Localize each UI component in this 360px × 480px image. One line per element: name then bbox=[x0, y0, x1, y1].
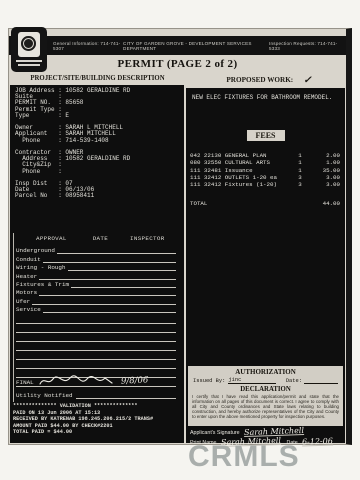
permit-page-title: PERMIT (PAGE 2 of 2) bbox=[9, 58, 346, 70]
approval-rows: Underground Conduit Wiring - Rough Heate… bbox=[16, 246, 176, 313]
approval-row: Motors bbox=[16, 288, 176, 296]
fee-total-row: TOTAL 44.00 bbox=[190, 200, 340, 207]
approval-row: Ufer bbox=[16, 296, 176, 304]
fee-qty: 1 bbox=[292, 159, 308, 166]
fee-amount: 3.00 bbox=[308, 181, 340, 188]
final-inspector-signature bbox=[37, 374, 115, 388]
fee-item: 042 22130 GENERAL PLAN bbox=[190, 152, 292, 159]
date-column-header: DATE bbox=[93, 235, 108, 242]
blank-line bbox=[16, 342, 176, 351]
city-seal-icon bbox=[21, 36, 36, 51]
document-top-bar: General Information: 714-741-5307 CITY O… bbox=[9, 36, 346, 55]
final-date: 9/8/06 bbox=[120, 375, 148, 386]
approval-row: Conduit bbox=[16, 254, 176, 262]
fee-amount: 35.00 bbox=[308, 167, 340, 174]
fee-amount: 1.00 bbox=[308, 159, 340, 166]
blank-line bbox=[16, 351, 176, 360]
approval-row: Fixtures & Trim bbox=[16, 280, 176, 288]
fee-row: 111 32412 Fixtures (1-20) 3 3.00 bbox=[190, 181, 340, 188]
logo-text-line bbox=[18, 64, 40, 66]
signature-line bbox=[76, 398, 176, 399]
approval-row-label: Ufer bbox=[16, 298, 30, 305]
utility-notified-label: Utility Notified bbox=[16, 392, 73, 399]
approval-row-label: Underground bbox=[16, 247, 55, 254]
approval-row-label: Conduit bbox=[16, 256, 41, 263]
applicant-signature-label: Applicant's Signature bbox=[190, 430, 240, 436]
approval-table-header: APPROVAL DATE INSPECTOR bbox=[14, 235, 180, 242]
approval-row-label: Fixtures & Trim bbox=[16, 281, 69, 288]
general-information-phone: General Information: 714-741-5307 bbox=[53, 41, 123, 51]
approval-row-label: Motors bbox=[16, 289, 37, 296]
fee-row: 111 32412 OUTLETS 1-20 ea 3 3.00 bbox=[190, 174, 340, 181]
project-section-title: PROJECT/SITE/BUILDING DESCRIPTION bbox=[11, 75, 184, 82]
applicant-signature-row: Applicant's Signature Sarah Mitchell bbox=[190, 428, 341, 436]
fee-item: 111 32481 Issuance bbox=[190, 167, 292, 174]
issued-by-row: Issued By: jinc Date: bbox=[193, 377, 338, 384]
approval-row: Wiring - Rough bbox=[16, 263, 176, 271]
seal-background bbox=[18, 32, 40, 57]
final-label: FINAL bbox=[16, 379, 34, 386]
fee-total-amount: 44.00 bbox=[308, 200, 340, 207]
inspector-column-header: INSPECTOR bbox=[130, 235, 165, 242]
utility-notified-row: Utility Notified bbox=[16, 390, 176, 399]
signature-line bbox=[32, 304, 176, 305]
blank-line bbox=[16, 324, 176, 333]
proposed-work-description: NEW ELEC FIXTURES FOR BATHROOM REMODEL. bbox=[192, 95, 332, 102]
handwritten-checkmark: ✓ bbox=[303, 75, 311, 86]
signature-line bbox=[68, 270, 177, 271]
blank-line bbox=[16, 315, 176, 324]
signature-line bbox=[39, 295, 176, 296]
fees-authorization-panel: NEW ELEC FIXTURES FOR BATHROOM REMODEL. … bbox=[186, 88, 345, 443]
department-name: CITY OF GARDEN GROVE - DEVELOPMENT SERVI… bbox=[123, 41, 269, 51]
signature-line bbox=[43, 312, 176, 313]
scanned-permit-document: General Information: 714-741-5307 CITY O… bbox=[8, 28, 352, 445]
blank-line bbox=[16, 333, 176, 342]
inspection-requests-phone: Inspection Requests: 714-741-5333 bbox=[269, 41, 340, 51]
approval-row: Service bbox=[16, 305, 176, 313]
proposed-work-title: PROPOSED WORK:✓ bbox=[204, 75, 334, 86]
proposed-work-label: PROPOSED WORK: bbox=[226, 76, 293, 84]
fee-qty: 3 bbox=[292, 181, 308, 188]
issued-date-label: Date: bbox=[286, 378, 302, 384]
validation-text: ************** VALIDATION **************… bbox=[13, 403, 181, 436]
fee-total-label: TOTAL bbox=[190, 200, 308, 207]
fee-amount: 2.00 bbox=[308, 152, 340, 159]
crmls-watermark: CRMLS bbox=[188, 440, 300, 474]
authorization-block: AUTHORIZATION Issued By: jinc Date: DECL… bbox=[188, 366, 343, 426]
fee-item: 111 32412 OUTLETS 1-20 ea bbox=[190, 174, 292, 181]
declaration-title: DECLARATION bbox=[188, 386, 343, 393]
approval-column-header: APPROVAL bbox=[36, 235, 67, 242]
authorization-title: AUTHORIZATION bbox=[188, 368, 343, 376]
signature-date-value: 6-12-06 bbox=[302, 437, 333, 446]
approval-row-label: Heater bbox=[16, 273, 37, 280]
payment-validation-block: ************** VALIDATION **************… bbox=[13, 403, 181, 436]
fee-table: 042 22130 GENERAL PLAN 1 2.00 080 32550 … bbox=[190, 152, 340, 188]
fee-qty: 1 bbox=[292, 167, 308, 174]
fee-row: 111 32481 Issuance 1 35.00 bbox=[190, 167, 340, 174]
issued-by-label: Issued By: bbox=[193, 378, 225, 384]
issued-date-line bbox=[304, 383, 338, 384]
issued-by-value: jinc bbox=[228, 377, 275, 384]
city-seal-logo bbox=[11, 27, 47, 72]
fee-amount: 3.00 bbox=[308, 174, 340, 181]
blank-line bbox=[16, 360, 176, 369]
fee-qty: 1 bbox=[292, 152, 308, 159]
signature-line bbox=[57, 253, 176, 254]
fees-section-title: FEES bbox=[246, 130, 284, 141]
blank-approval-lines bbox=[16, 315, 176, 378]
project-details-panel: JOB Address : 10582 GERALDINE RD Suite :… bbox=[10, 85, 184, 443]
final-inspection-row: FINAL 9/8/06 bbox=[16, 370, 176, 387]
fee-row: 042 22130 GENERAL PLAN 1 2.00 bbox=[190, 152, 340, 159]
approval-row-label: Service bbox=[16, 306, 41, 313]
approval-row-label: Wiring - Rough bbox=[16, 264, 66, 271]
fee-item: 080 32550 CULTURAL ARTS bbox=[190, 159, 292, 166]
project-fields: JOB Address : 10582 GERALDINE RD Suite :… bbox=[15, 88, 130, 200]
inspection-approval-table: APPROVAL DATE INSPECTOR Underground Cond… bbox=[13, 233, 180, 402]
fee-row: 080 32550 CULTURAL ARTS 1 1.00 bbox=[190, 159, 340, 166]
signature-line bbox=[71, 287, 176, 288]
logo-text-line bbox=[16, 60, 42, 62]
declaration-text: I certify that I have read this applicat… bbox=[192, 394, 339, 419]
fee-item: 111 32412 Fixtures (1-20) bbox=[190, 181, 292, 188]
approval-row: Underground bbox=[16, 246, 176, 254]
signature-line bbox=[39, 279, 176, 280]
approval-row: Heater bbox=[16, 271, 176, 279]
fee-qty: 3 bbox=[292, 174, 308, 181]
signature-line bbox=[43, 262, 176, 263]
